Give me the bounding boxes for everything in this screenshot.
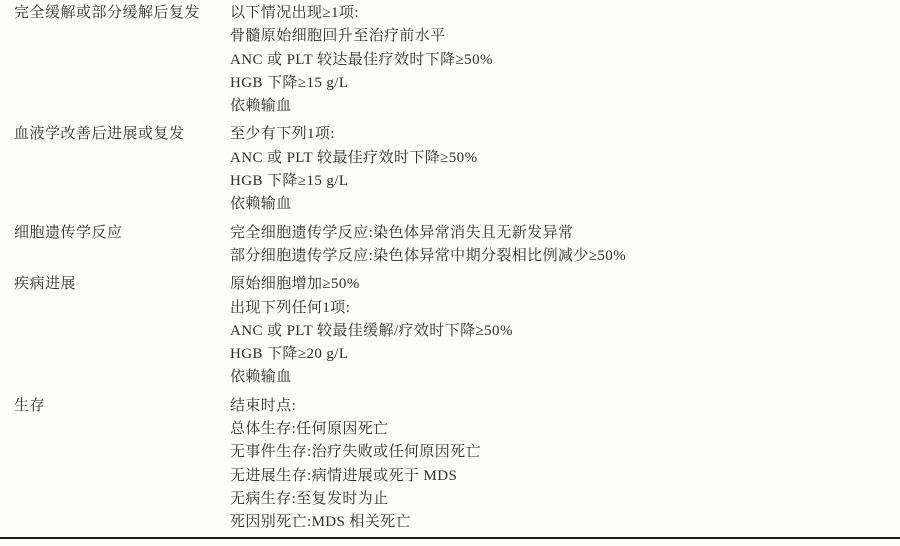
criterion-line: 骨髓原始细胞回升至治疗前水平 [230, 25, 900, 48]
criteria-cell: 完全细胞遗传学反应:染色体异常消失且无新发异常部分细胞遗传学反应:染色体异常中期… [230, 222, 900, 269]
criteria-cell: 至少有下列1项:ANC 或 PLT 较最佳疗效时下降≥50%HGB 下降≥15 … [230, 123, 900, 216]
criterion-line: 完全细胞遗传学反应:染色体异常消失且无新发异常 [230, 222, 900, 245]
criterion-line: 依赖输血 [230, 366, 900, 389]
table-row: 血液学改善后进展或复发至少有下列1项:ANC 或 PLT 较最佳疗效时下降≥50… [0, 123, 900, 216]
criterion-line: 原始细胞增加≥50% [230, 273, 900, 296]
table-row: 疾病进展原始细胞增加≥50%出现下列任何1项:ANC 或 PLT 较最佳缓解/疗… [0, 273, 900, 389]
criterion-line: 总体生存:任何原因死亡 [230, 418, 900, 441]
category-cell: 血液学改善后进展或复发 [0, 123, 230, 146]
criterion-line: 以下情况出现≥1项: [230, 2, 900, 25]
response-criteria-document: 完全缓解或部分缓解后复发以下情况出现≥1项:骨髓原始细胞回升至治疗前水平ANC … [0, 0, 900, 546]
criterion-line: HGB 下降≥20 g/L [230, 343, 900, 366]
criterion-line: 依赖输血 [230, 193, 900, 216]
table-row: 细胞遗传学反应完全细胞遗传学反应:染色体异常消失且无新发异常部分细胞遗传学反应:… [0, 222, 900, 269]
criterion-line: 出现下列任何1项: [230, 297, 900, 320]
criterion-line: ANC 或 PLT 较达最佳疗效时下降≥50% [230, 49, 900, 72]
category-cell: 完全缓解或部分缓解后复发 [0, 2, 230, 25]
criterion-line: 无进展生存:病情进展或死于 MDS [230, 465, 900, 488]
criterion-line: 无病生存:至复发时为止 [230, 488, 900, 511]
category-cell: 疾病进展 [0, 273, 230, 296]
criteria-cell: 结束时点:总体生存:任何原因死亡无事件生存:治疗失败或任何原因死亡无进展生存:病… [230, 395, 900, 535]
criteria-cell: 以下情况出现≥1项:骨髓原始细胞回升至治疗前水平ANC 或 PLT 较达最佳疗效… [230, 2, 900, 118]
criterion-line: 依赖输血 [230, 95, 900, 118]
criterion-line: 部分细胞遗传学反应:染色体异常中期分裂相比例减少≥50% [230, 245, 900, 268]
criterion-line: HGB 下降≥15 g/L [230, 170, 900, 193]
category-cell: 细胞遗传学反应 [0, 222, 230, 245]
criterion-line: 无事件生存:治疗失败或任何原因死亡 [230, 441, 900, 464]
table-row: 完全缓解或部分缓解后复发以下情况出现≥1项:骨髓原始细胞回升至治疗前水平ANC … [0, 2, 900, 118]
category-cell: 生存 [0, 395, 230, 418]
table-row: 生存结束时点:总体生存:任何原因死亡无事件生存:治疗失败或任何原因死亡无进展生存… [0, 395, 900, 535]
criteria-table: 完全缓解或部分缓解后复发以下情况出现≥1项:骨髓原始细胞回升至治疗前水平ANC … [0, 0, 900, 535]
criterion-line: HGB 下降≥15 g/L [230, 72, 900, 95]
criteria-cell: 原始细胞增加≥50%出现下列任何1项:ANC 或 PLT 较最佳缓解/疗效时下降… [230, 273, 900, 389]
criterion-line: 至少有下列1项: [230, 123, 900, 146]
table-bottom-border [0, 537, 900, 539]
criterion-line: 死因别死亡:MDS 相关死亡 [230, 511, 900, 534]
criterion-line: ANC 或 PLT 较最佳缓解/疗效时下降≥50% [230, 320, 900, 343]
criterion-line: ANC 或 PLT 较最佳疗效时下降≥50% [230, 147, 900, 170]
criterion-line: 结束时点: [230, 395, 900, 418]
